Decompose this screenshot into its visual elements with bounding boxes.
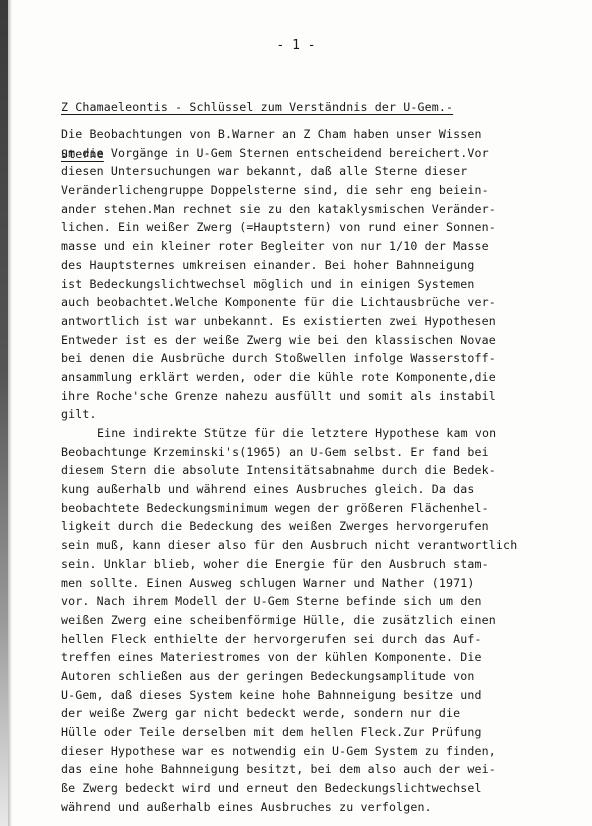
text-line: ansammlung erklärt werden, oder die kühl…	[61, 368, 517, 387]
text-line: sein muß, kann dieser also für den Ausbr…	[61, 536, 517, 555]
text-line: des Hauptsternes umkreisen einander. Bei…	[61, 256, 517, 275]
text-line: der weiße Zwerg gar nicht bedeckt werde,…	[61, 704, 517, 723]
text-line: diesen Untersuchungen war bekannt, daß a…	[61, 162, 517, 181]
scan-edge-gradient	[8, 0, 12, 826]
text-line: diesem Stern die absolute Intensitätsabn…	[61, 461, 517, 480]
text-line: ße Zwerg bedeckt wird und erneut den Bed…	[61, 779, 517, 798]
text-line: gilt.	[61, 405, 517, 424]
text-line: Veränderlichengruppe Doppelsterne sind, …	[61, 181, 517, 200]
text-line: während und außerhalb eines Ausbruches z…	[61, 798, 517, 817]
text-line: men sollte. Einen Ausweg schlugen Warner…	[61, 574, 517, 593]
paragraph: Die Beobachtungen von B.Warner an Z Cham…	[61, 125, 517, 424]
text-line: kung außerhalb und während eines Ausbruc…	[61, 480, 517, 499]
text-line: auch beobachtet.Welche Komponente für di…	[61, 293, 517, 312]
text-line: hellen Fleck enthielte der hervorgerufen…	[61, 630, 517, 649]
text-line: Entweder ist es der weiße Zwerg wie bei …	[61, 331, 517, 350]
text-line: masse und ein kleiner roter Begleiter vo…	[61, 237, 517, 256]
page-number: - 1 -	[0, 38, 592, 53]
text-line: dieser Hypothese war es notwendig ein U-…	[61, 742, 517, 761]
text-line: antwortlich ist war unbekannt. Es existi…	[61, 312, 517, 331]
document-page: - 1 - Z Chamaeleontis - Schlüssel zum Ve…	[0, 0, 592, 826]
text-line: lichen. Ein weißer Zwerg (=Hauptstern) v…	[61, 218, 517, 237]
text-line: beobachtete Bedeckungsminimum wegen der …	[61, 499, 517, 518]
text-line: vor. Nach ihrem Modell der U-Gem Sterne …	[61, 592, 517, 611]
text-line: Eine indirekte Stütze für die letztere H…	[61, 424, 517, 443]
text-line: bei denen die Ausbrüche durch Stoßwellen…	[61, 349, 517, 368]
text-line: ihre Roche'sche Grenze nahezu ausfüllt u…	[61, 387, 517, 406]
scan-edge-shadow	[0, 0, 8, 826]
text-line: Beobachtunge Krzeminski's(1965) an U-Gem…	[61, 443, 517, 462]
text-line: sein. Unklar blieb, woher die Energie fü…	[61, 555, 517, 574]
paragraph: Eine indirekte Stütze für die letztere H…	[61, 424, 517, 816]
text-line: ligkeit durch die Bedeckung des weißen Z…	[61, 517, 517, 536]
text-line: treffen eines Materiestromes von der küh…	[61, 648, 517, 667]
text-line: um die Vorgänge in U-Gem Sternen entsche…	[61, 144, 517, 163]
document-body: Die Beobachtungen von B.Warner an Z Cham…	[61, 125, 517, 816]
text-line: Die Beobachtungen von B.Warner an Z Cham…	[61, 125, 517, 144]
text-line: weißen Zwerg eine scheibenförmige Hülle,…	[61, 611, 517, 630]
text-line: Autoren schließen aus der geringen Bedec…	[61, 667, 517, 686]
text-line: ist Bedeckungslichtwechsel möglich und i…	[61, 275, 517, 294]
title-line-1: Z Chamaeleontis - Schlüssel zum Verständ…	[61, 98, 453, 117]
text-line: ander stehen.Man rechnet sie zu den kata…	[61, 200, 517, 219]
text-line: das eine hohe Bahnneigung besitzt, bei d…	[61, 760, 517, 779]
text-line: U-Gem, daß dieses System keine hohe Bahn…	[61, 686, 517, 705]
text-line: Hülle oder Teile derselben mit dem helle…	[61, 723, 517, 742]
